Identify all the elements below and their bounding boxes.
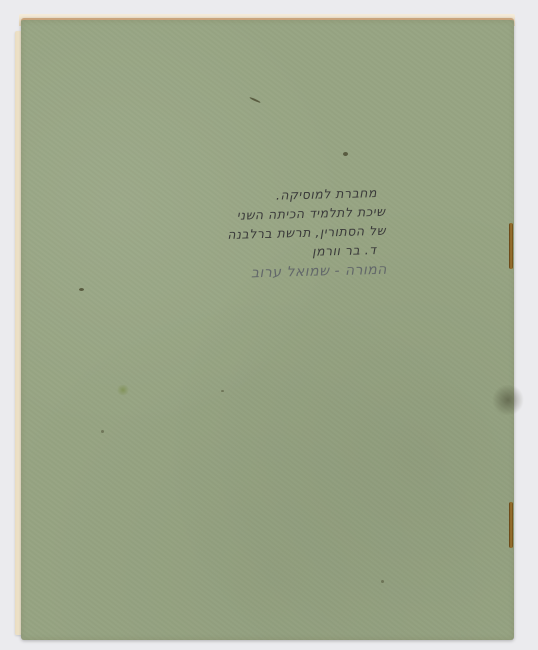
paper-fleck xyxy=(249,97,261,104)
notebook-cover: מחברת למוסיקה. שיכת לתלמיד הכיתה השני של… xyxy=(21,18,514,640)
paper-fleck xyxy=(343,152,348,156)
paper-fleck xyxy=(101,430,104,433)
staple-top xyxy=(509,223,513,269)
staple-bottom xyxy=(509,502,513,548)
paper-fleck xyxy=(381,580,384,583)
paper-stain xyxy=(491,385,525,415)
paper-fleck xyxy=(221,390,224,392)
handwritten-teacher-line: המורה - שמואל ערוב xyxy=(217,261,387,284)
handwritten-title-block: מחברת למוסיקה. שיכת לתלמיד הכיתה השני של… xyxy=(215,183,387,284)
paper-fleck xyxy=(79,288,84,291)
paper-stain xyxy=(116,385,130,395)
